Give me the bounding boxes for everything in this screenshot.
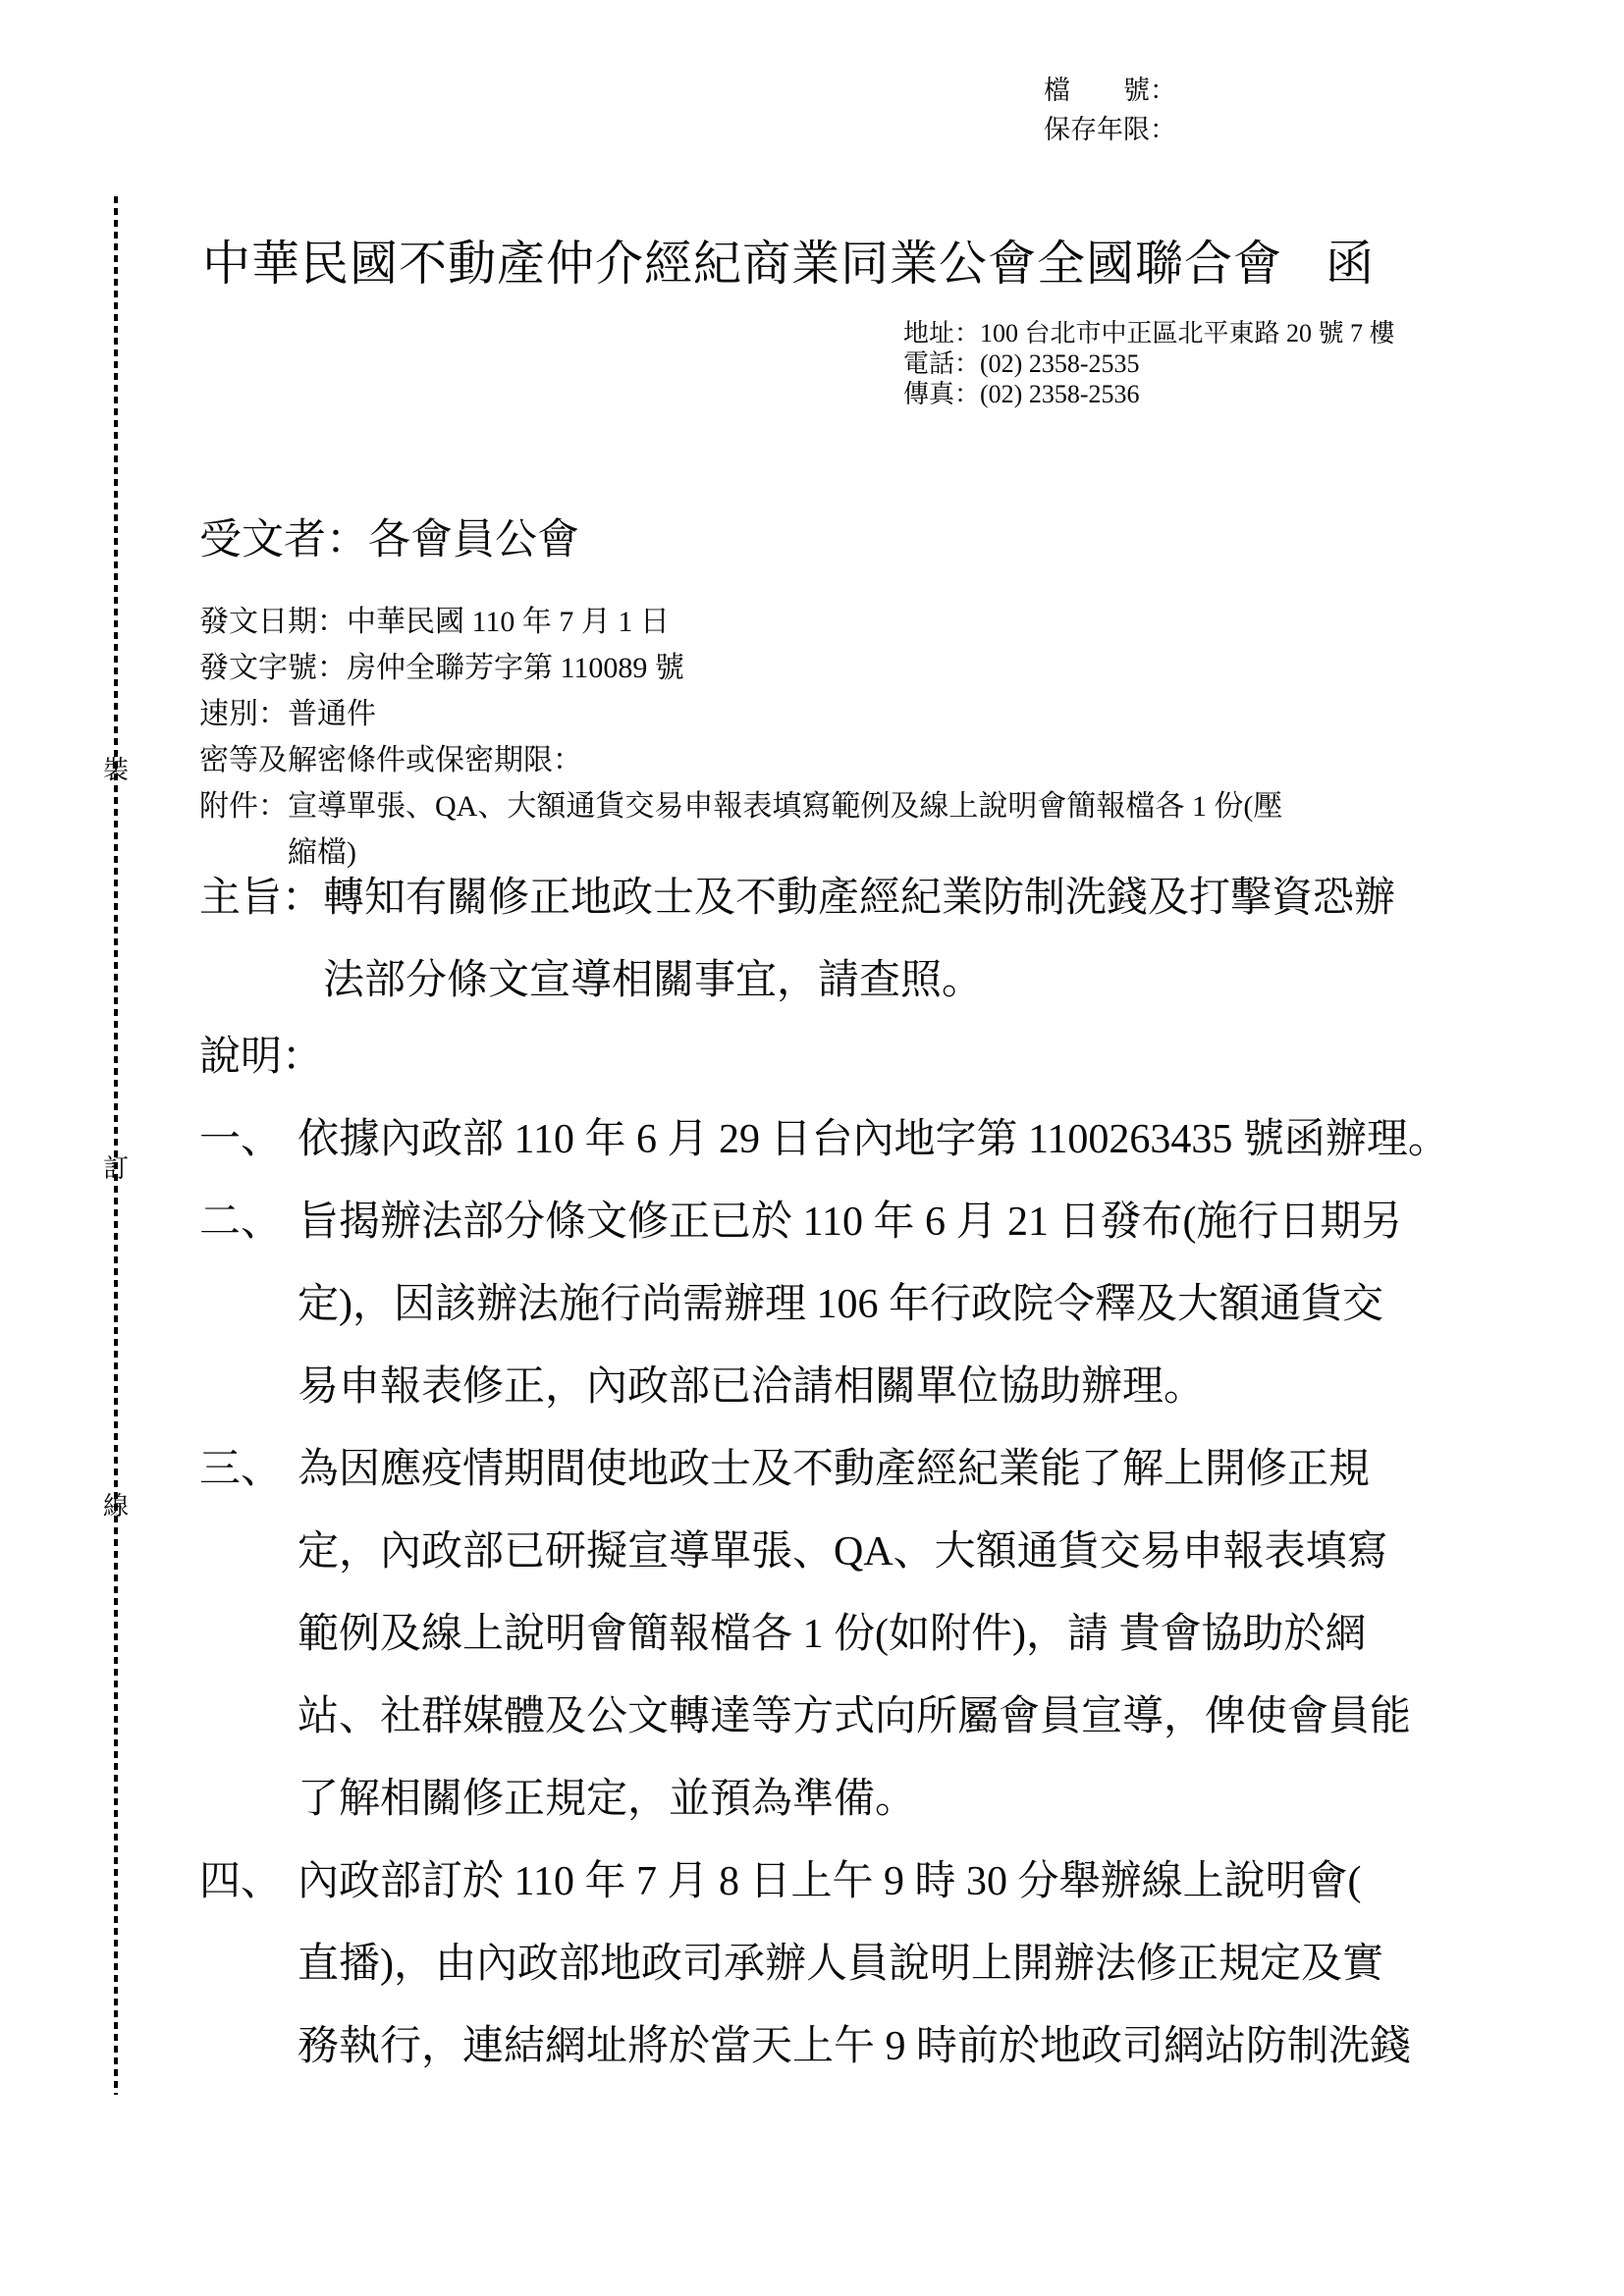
item-line: 直播)，由內政部地政司承辦人員說明上開辦法修正規定及實	[298, 1923, 1411, 2005]
document-title: 中華民國不動產仲介經紀商業同業公會全國聯合會函	[202, 226, 1375, 294]
item-lines: 內政部訂於 110 年 7 月 8 日上午 9 時 30 分舉辦線上說明會( 直…	[298, 1841, 1411, 2088]
subject-block: 主旨：轉知有關修正地政士及不動產經紀業防制洗錢及打擊資恐辦 法部分條文宣導相關事…	[199, 857, 1395, 1022]
subject-line-1: 主旨：轉知有關修正地政士及不動產經紀業防制洗錢及打擊資恐辦	[199, 857, 1395, 939]
item-number: 二、	[199, 1181, 298, 1428]
binding-dashed-line	[114, 196, 118, 2095]
item-line: 範例及線上說明會簡報檔各 1 份(如附件)，請 貴會協助於網	[298, 1593, 1411, 1676]
item-line: 站、社群媒體及公文轉達等方式向所屬會員宣導，俾使會員能	[298, 1676, 1411, 1758]
contact-block: 地址：100 台北市中正區北平東路 20 號 7 樓 電話：(02) 2358-…	[903, 318, 1395, 409]
binding-mark-zhuang: 裝	[99, 756, 133, 785]
item-line: 旨揭辦法部分條文修正已於 110 年 6 月 21 日發布(施行日期另	[298, 1181, 1402, 1263]
item-line: 易申報表修正，內政部已洽請相關單位協助辦理。	[298, 1346, 1402, 1428]
archive-stamp: 檔 號： 保存年限：	[1044, 71, 1176, 149]
doc-number-line: 發文字號：房仲全聯芳字第 110089 號	[199, 645, 1282, 691]
attachment-line: 附件：宣導單張、QA、大額通貨交易申報表填寫範例及線上說明會簡報檔各 1 份(壓	[199, 783, 1282, 829]
item-line: 為因應疫情期間使地政士及不動產經紀業能了解上開修正規	[298, 1428, 1411, 1511]
org-name: 中華民國不動產仲介經紀商業同業公會全國聯合會	[202, 237, 1282, 291]
binding-mark-ding: 訂	[99, 1154, 133, 1184]
speed-class-line: 速別：普通件	[199, 691, 1282, 737]
file-number-label: 檔 號：	[1044, 71, 1176, 110]
issue-date-line: 發文日期：中華民國 110 年 7 月 1 日	[199, 599, 1282, 645]
item-line: 依據內政部 110 年 6 月 29 日台內地字第 1100263435 號函辦…	[298, 1098, 1449, 1181]
explanation-item-4: 四、 內政部訂於 110 年 7 月 8 日上午 9 時 30 分舉辦線上說明會…	[199, 1841, 1449, 2088]
address-line: 地址：100 台北市中正區北平東路 20 號 7 樓	[903, 318, 1395, 348]
item-number: 三、	[199, 1428, 298, 1841]
explanation-item-1: 一、 依據內政部 110 年 6 月 29 日台內地字第 1100263435 …	[199, 1098, 1449, 1181]
item-line: 務執行，連結網址將於當天上午 9 時前於地政司網站防制洗錢	[298, 2005, 1411, 2088]
explanation-item-3: 三、 為因應疫情期間使地政士及不動產經紀業能了解上開修正規 定，內政部已研擬宣導…	[199, 1428, 1449, 1841]
binding-mark-xian: 線	[99, 1492, 133, 1522]
subject-line-2: 法部分條文宣導相關事宜，請查照。	[323, 939, 1395, 1022]
item-lines: 為因應疫情期間使地政士及不動產經紀業能了解上開修正規 定，內政部已研擬宣導單張、…	[298, 1428, 1411, 1841]
explanation-label: 說明：	[199, 1016, 1449, 1098]
item-number: 四、	[199, 1841, 298, 2088]
item-line: 內政部訂於 110 年 7 月 8 日上午 9 時 30 分舉辦線上說明會(	[298, 1841, 1411, 1923]
fax-line: 傳真：(02) 2358-2536	[903, 379, 1395, 409]
retention-period-label: 保存年限：	[1044, 110, 1176, 149]
phone-line: 電話：(02) 2358-2535	[903, 348, 1395, 379]
explanation-item-2: 二、 旨揭辦法部分條文修正已於 110 年 6 月 21 日發布(施行日期另 定…	[199, 1181, 1449, 1428]
subject-text-1: 轉知有關修正地政士及不動產經紀業防制洗錢及打擊資恐辦	[323, 876, 1395, 921]
item-lines: 旨揭辦法部分條文修正已於 110 年 6 月 21 日發布(施行日期另 定)，因…	[298, 1181, 1402, 1428]
meta-block: 發文日期：中華民國 110 年 7 月 1 日 發文字號：房仲全聯芳字第 110…	[199, 599, 1282, 876]
recipient-line: 受文者：各會員公會	[199, 507, 579, 566]
item-lines: 依據內政部 110 年 6 月 29 日台內地字第 1100263435 號函辦…	[298, 1098, 1449, 1181]
explanation-block: 說明： 一、 依據內政部 110 年 6 月 29 日台內地字第 1100263…	[199, 1016, 1449, 2088]
subject-label: 主旨：	[199, 876, 323, 921]
item-number: 一、	[199, 1098, 298, 1181]
official-letter-page: 裝 訂 線 檔 號： 保存年限： 中華民國不動產仲介經紀商業同業公會全國聯合會函…	[0, 0, 1624, 2296]
security-class-line: 密等及解密條件或保密期限：	[199, 737, 1282, 783]
item-line: 了解相關修正規定，並預為準備。	[298, 1758, 1411, 1841]
item-line: 定)，因該辦法施行尚需辦理 106 年行政院令釋及大額通貨交	[298, 1263, 1402, 1346]
item-line: 定，內政部已研擬宣導單張、QA、大額通貨交易申報表填寫	[298, 1511, 1411, 1593]
doc-type: 函	[1326, 237, 1375, 291]
